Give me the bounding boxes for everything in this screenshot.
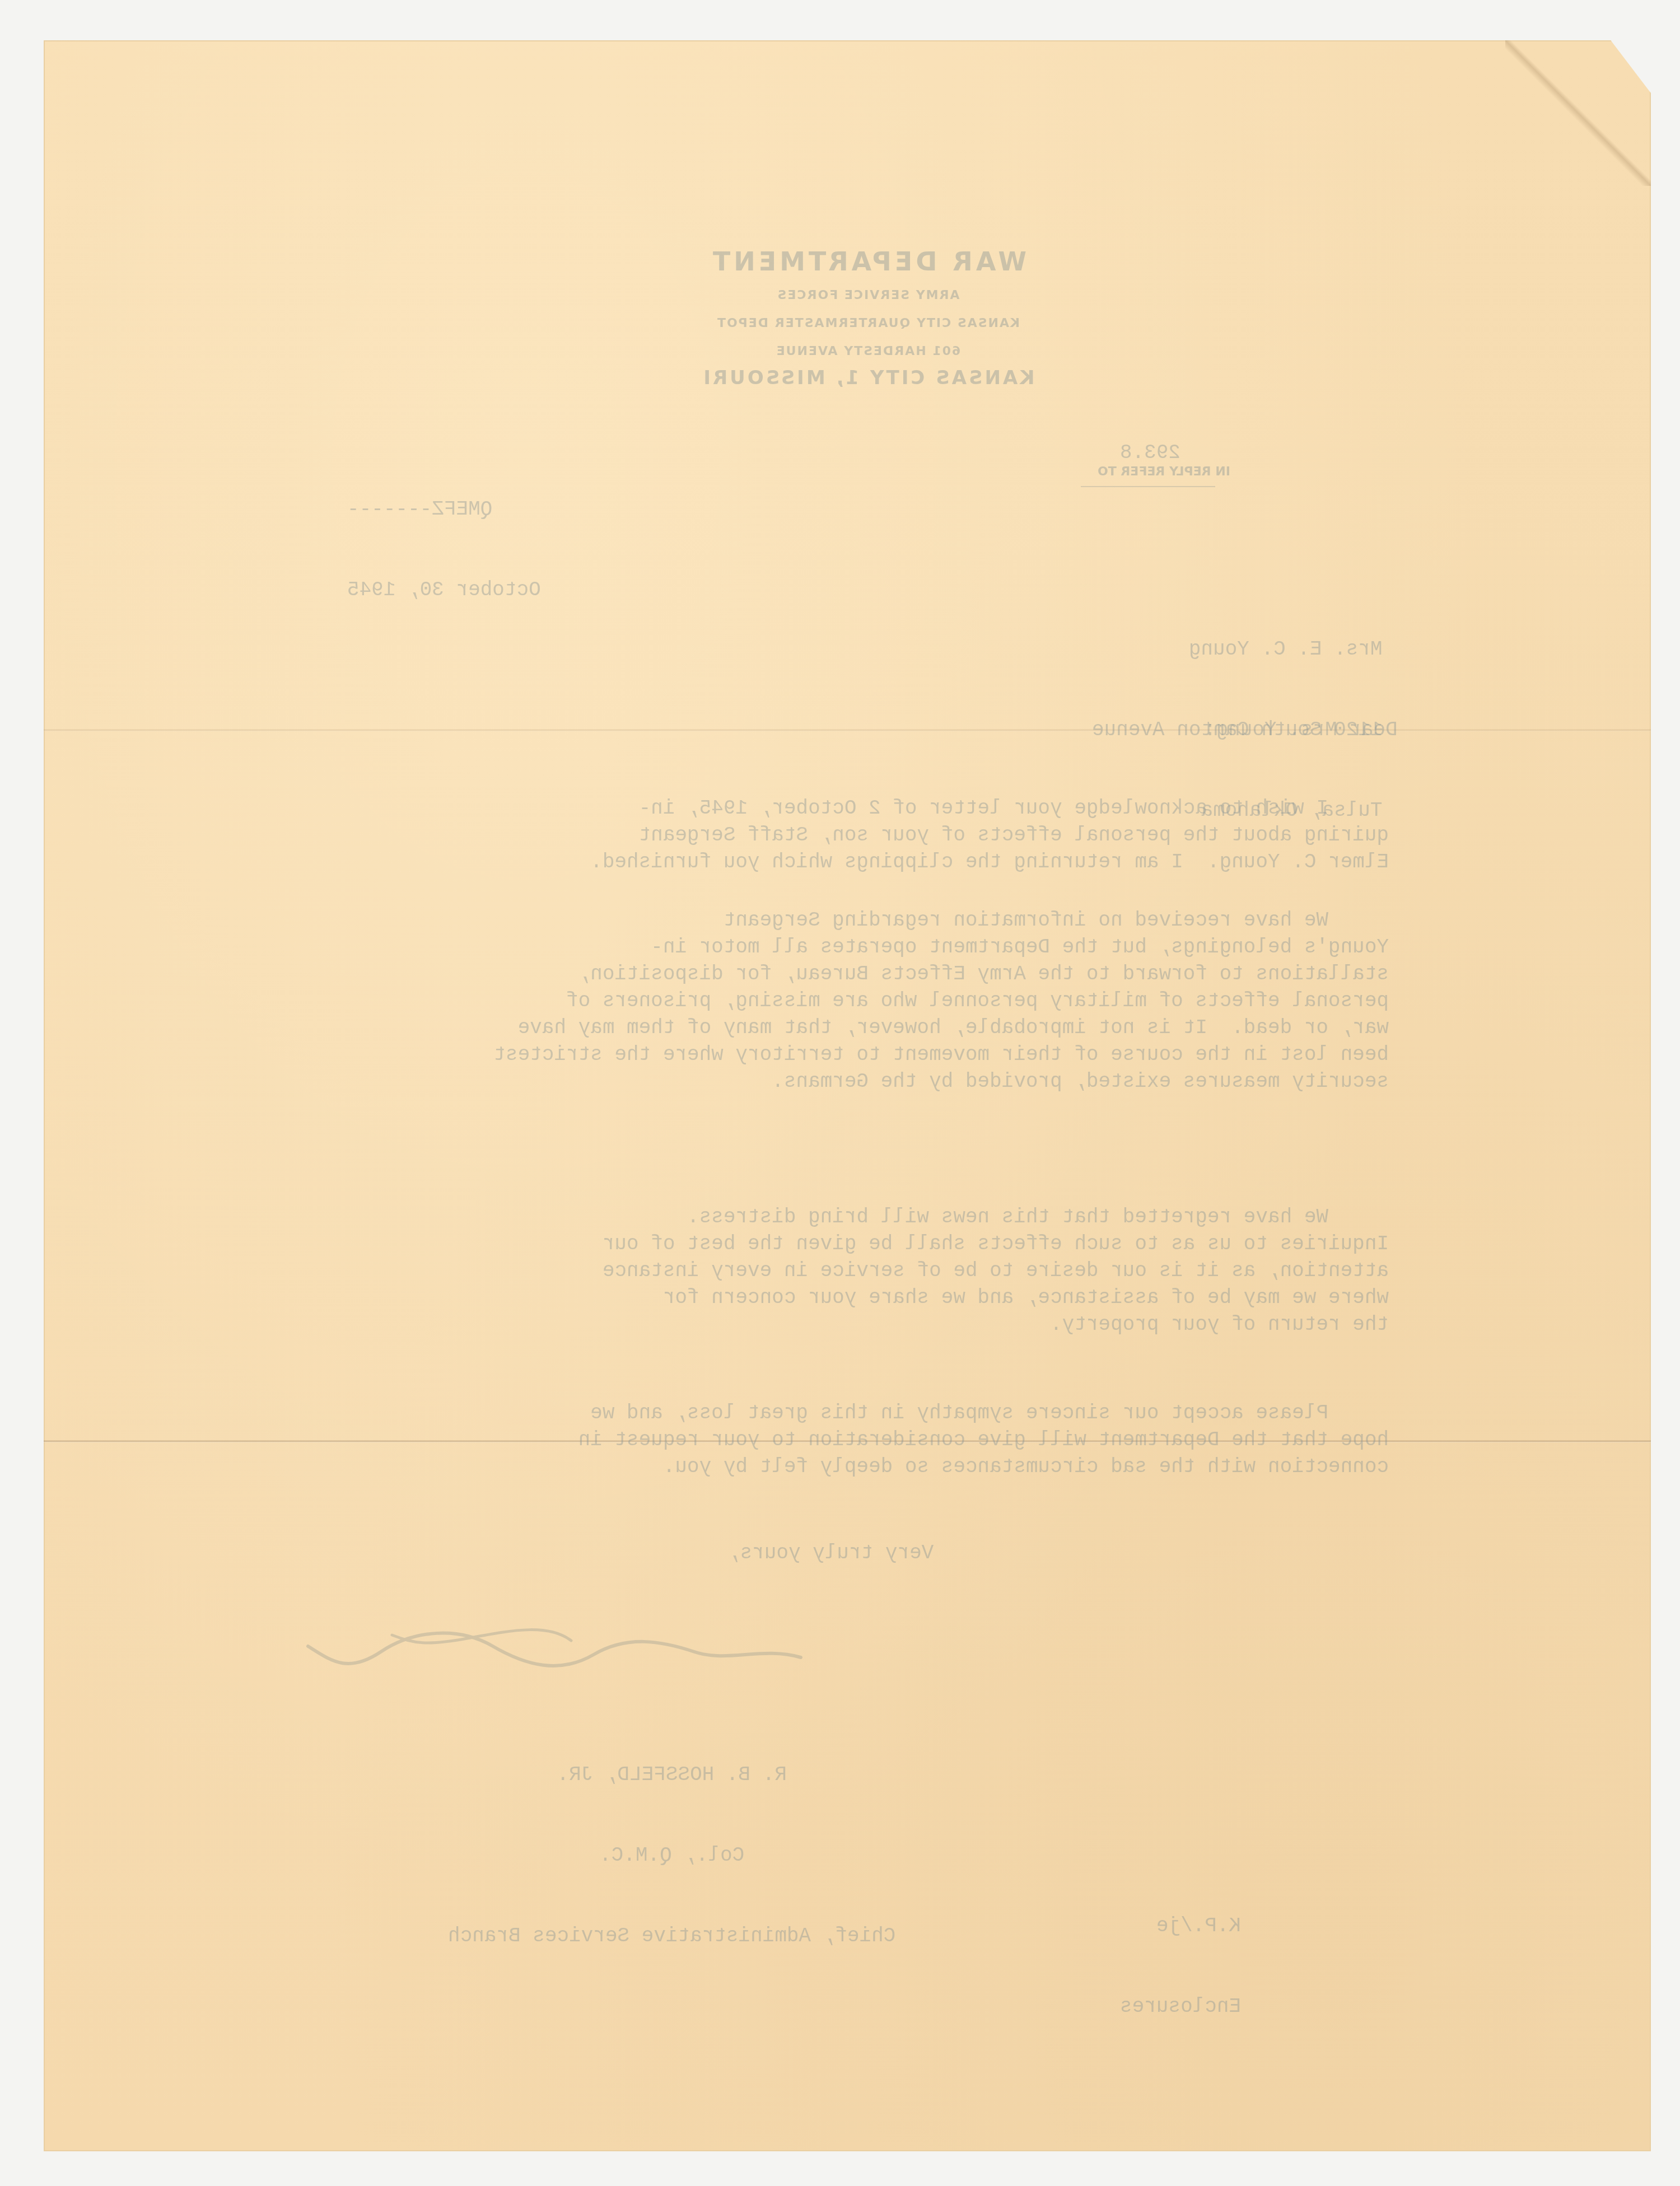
reference-label: IN REPLY REFER TO — [1098, 465, 1230, 479]
reference-number: 293.8 — [1120, 440, 1180, 466]
date-block: QMEFZ------- October 30, 1945 — [347, 442, 541, 630]
salutation: Dear Mrs. Young: — [1204, 717, 1398, 744]
signer-rank: Col., Q.M.C. — [448, 1842, 895, 1869]
body-paragraph-3: We have regretted that this news will br… — [291, 1204, 1389, 1338]
signer-title: Chief, Administrative Services Branch — [448, 1923, 895, 1950]
body-paragraph-2: We have received no information regardin… — [291, 907, 1389, 1095]
letterhead-line-1: ARMY SERVICE FORCES — [616, 288, 1120, 302]
closing: Very truly yours, — [728, 1540, 934, 1567]
reference-underline — [1081, 486, 1215, 487]
letterhead-title: WAR DEPARTMENT — [616, 246, 1120, 277]
corner-crease — [1505, 40, 1651, 186]
fold-line-upper — [44, 729, 1651, 731]
typist-initials: K.P./je Enclosures — [1120, 1859, 1241, 2047]
signature-block: R. B. HOSSFELD, JR. Col., Q.M.C. Chief, … — [448, 1708, 895, 1977]
body-paragraph-1: I wish to acknowledge your letter of 2 O… — [291, 795, 1389, 876]
body-paragraph-4: Please accept our sincere sympathy in th… — [291, 1400, 1389, 1480]
signer-name: R. B. HOSSFELD, JR. — [448, 1762, 895, 1788]
initials-line: K.P./je — [1120, 1913, 1241, 1940]
letter-date: October 30, 1945 — [347, 577, 541, 604]
letterhead-line-2: KANSAS CITY QUARTERMASTER DEPOT — [616, 316, 1120, 330]
letterhead-city: KANSAS CITY 1, MISSOURI — [616, 367, 1120, 389]
enclosures-line: Enclosures — [1120, 1993, 1241, 2020]
letterhead-line-3: 601 HARDESTY AVENUE — [616, 344, 1120, 358]
signature-scrawl — [302, 1613, 806, 1680]
date-code: QMEFZ------- — [347, 496, 541, 523]
recipient-name: Mrs. E. C. Young — [1092, 636, 1382, 663]
